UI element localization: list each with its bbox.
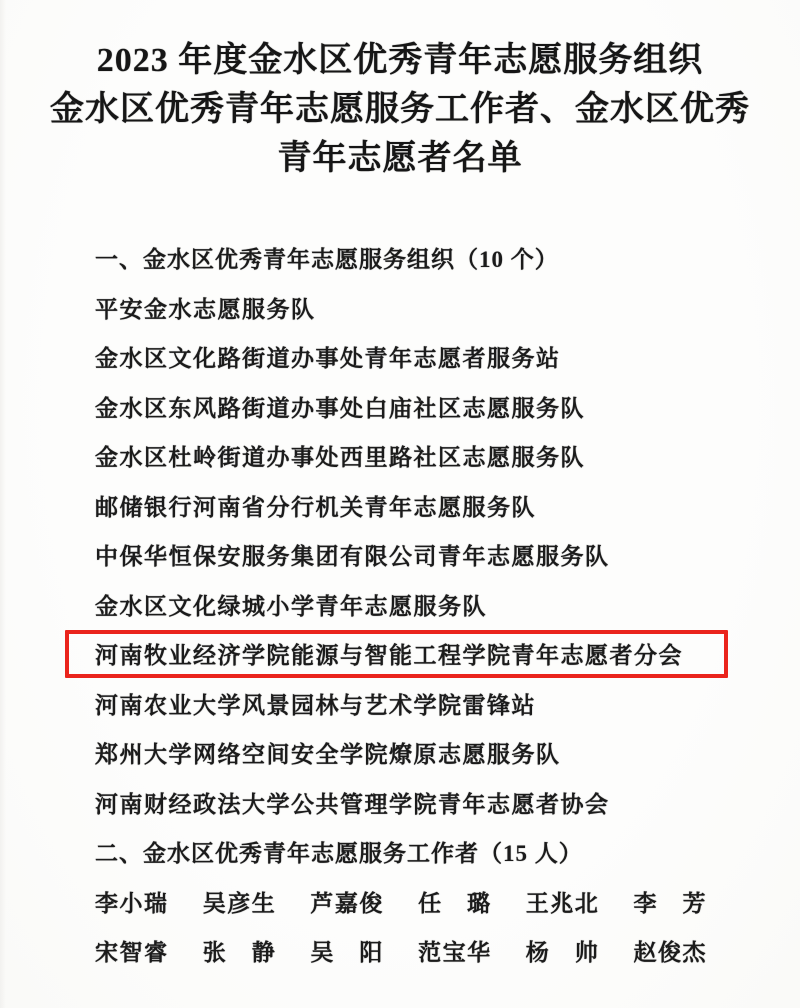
person-name: 任 璐 bbox=[418, 885, 492, 918]
person-name: 吴 阳 bbox=[310, 934, 384, 967]
title-line-3: 青年志愿者名单 bbox=[0, 134, 800, 183]
names-row: 宋智睿 张 静 吴 阳 范宝华 杨 帅 赵俊杰 bbox=[95, 926, 707, 976]
org-list-item-highlighted: 河南牧业经济学院能源与智能工程学院青年志愿者分会 bbox=[95, 629, 745, 679]
org-list-item: 金水区杜岭街道办事处西里路社区志愿服务队 bbox=[95, 431, 745, 481]
person-name: 李小瑞 bbox=[95, 885, 169, 918]
org-list-item: 金水区东风路街道办事处白庙社区志愿服务队 bbox=[95, 382, 745, 432]
names-row: 李小瑞 吴彦生 芦嘉俊 任 璐 王兆北 李 芳 bbox=[95, 877, 707, 927]
highlighted-org-text: 河南牧业经济学院能源与智能工程学院青年志愿者分会 bbox=[95, 637, 683, 670]
person-name: 杨 帅 bbox=[526, 934, 600, 967]
person-name: 赵俊杰 bbox=[633, 934, 707, 967]
section-1-heading: 一、金水区优秀青年志愿服务组织（10 个） bbox=[95, 233, 745, 283]
org-list-item: 中保华恒保安服务集团有限公司青年志愿服务队 bbox=[95, 530, 745, 580]
org-list-item: 河南农业大学风景园林与艺术学院雷锋站 bbox=[95, 679, 745, 729]
person-name: 芦嘉俊 bbox=[310, 885, 384, 918]
section-2-heading: 二、金水区优秀青年志愿服务工作者（15 人） bbox=[95, 827, 745, 877]
document-title: 2023 年度金水区优秀青年志愿服务组织 金水区优秀青年志愿服务工作者、金水区优… bbox=[0, 0, 800, 183]
person-name: 范宝华 bbox=[418, 934, 492, 967]
org-list-item: 金水区文化路街道办事处青年志愿者服务站 bbox=[95, 332, 745, 382]
org-list-item: 金水区文化绿城小学青年志愿服务队 bbox=[95, 580, 745, 630]
title-line-1: 2023 年度金水区优秀青年志愿服务组织 bbox=[0, 36, 800, 85]
document-body: 一、金水区优秀青年志愿服务组织（10 个） 平安金水志愿服务队 金水区文化路街道… bbox=[0, 233, 800, 976]
scanned-document-page: 2023 年度金水区优秀青年志愿服务组织 金水区优秀青年志愿服务工作者、金水区优… bbox=[0, 0, 800, 1008]
person-name: 张 静 bbox=[203, 934, 277, 967]
person-name: 李 芳 bbox=[633, 885, 707, 918]
person-name: 王兆北 bbox=[526, 885, 600, 918]
org-list-item: 平安金水志愿服务队 bbox=[95, 283, 745, 333]
org-list-item: 郑州大学网络空间安全学院燎原志愿服务队 bbox=[95, 728, 745, 778]
person-name: 吴彦生 bbox=[203, 885, 277, 918]
title-line-2: 金水区优秀青年志愿服务工作者、金水区优秀 bbox=[0, 85, 800, 134]
person-name: 宋智睿 bbox=[95, 934, 169, 967]
org-list-item: 邮储银行河南省分行机关青年志愿服务队 bbox=[95, 481, 745, 531]
org-list-item: 河南财经政法大学公共管理学院青年志愿者协会 bbox=[95, 778, 745, 828]
